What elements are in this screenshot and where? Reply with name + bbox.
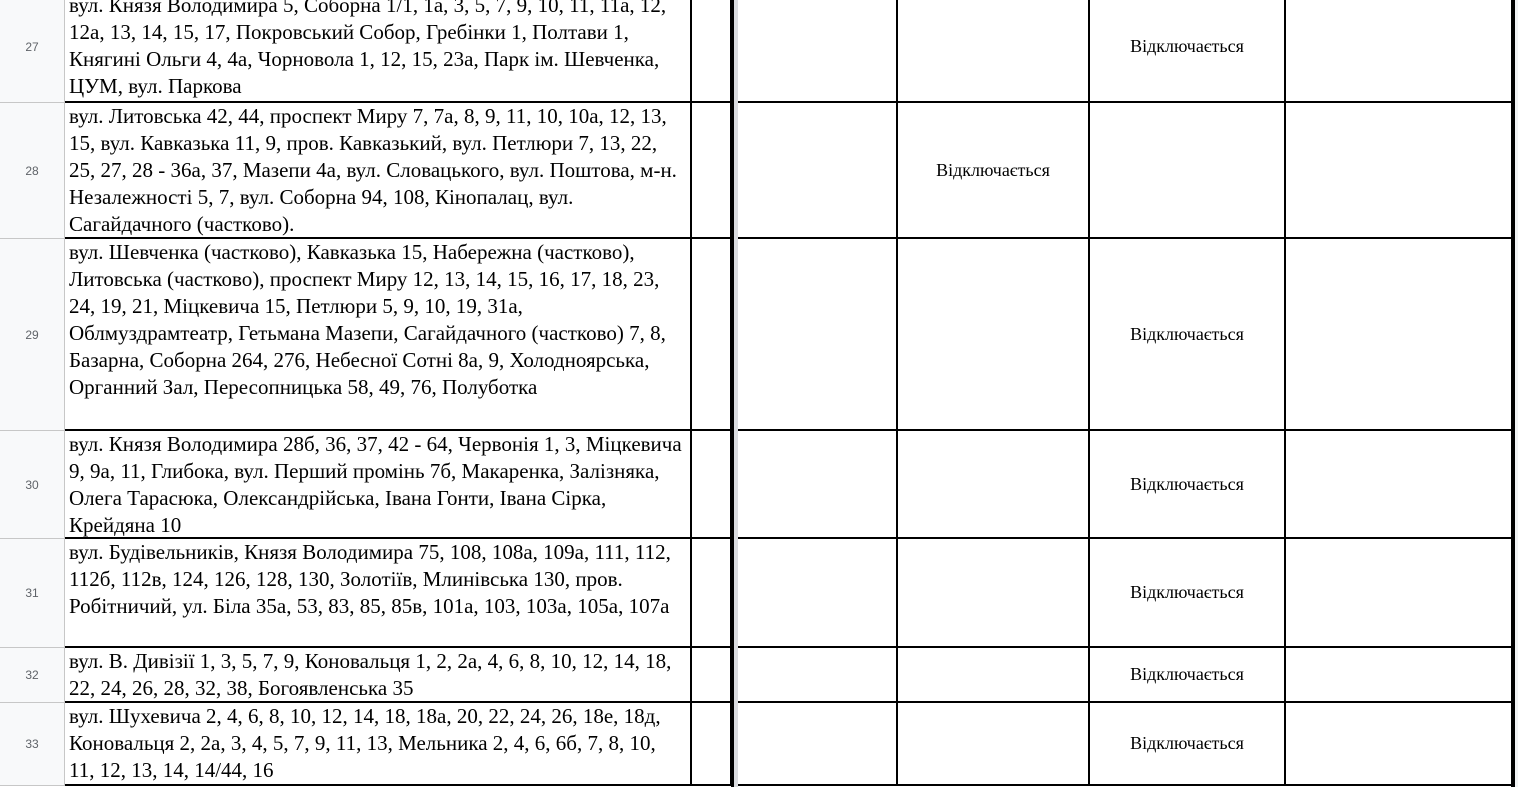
cell-b[interactable] [692,103,732,239]
row-header[interactable]: 27 [0,0,65,103]
table-row: 27 вул. Князя Володимира 5, Соборна 1/1,… [0,0,1518,103]
cell-f[interactable] [1286,103,1513,239]
table-row: 29 вул. Шевченка (частково), Кавказька 1… [0,239,1518,431]
cell-e[interactable]: Відключається [1090,0,1286,103]
address-cell[interactable]: вул. Литовська 42, 44, проспект Миру 7, … [65,103,692,239]
cell-d[interactable] [898,703,1090,786]
cell-d[interactable] [898,0,1090,103]
cell-f[interactable] [1286,239,1513,431]
cell-d[interactable] [898,431,1090,539]
cell-c[interactable] [738,703,898,786]
row-header[interactable]: 30 [0,431,65,539]
table-row: 33 вул. Шухевича 2, 4, 6, 8, 10, 12, 14,… [0,703,1518,786]
row-header[interactable]: 31 [0,539,65,648]
address-cell[interactable]: вул. Князя Володимира 5, Соборна 1/1, 1а… [65,0,692,103]
cell-f[interactable] [1286,0,1513,103]
cell-b[interactable] [692,431,732,539]
cell-d[interactable]: Відключається [898,103,1090,239]
cell-c[interactable] [738,648,898,703]
table-row: 32 вул. В. Дивізії 1, 3, 5, 7, 9, Конова… [0,648,1518,703]
cell-c[interactable] [738,0,898,103]
cell-d[interactable] [898,539,1090,648]
frozen-column-divider-shadow [734,0,738,787]
row-header[interactable]: 32 [0,648,65,703]
table-row: 28 вул. Литовська 42, 44, проспект Миру … [0,103,1518,239]
cell-e[interactable]: Відключається [1090,539,1286,648]
cell-d[interactable] [898,648,1090,703]
row-header[interactable]: 28 [0,103,65,239]
cell-c[interactable] [738,239,898,431]
cell-f[interactable] [1286,539,1513,648]
cell-d[interactable] [898,239,1090,431]
row-header[interactable]: 33 [0,703,65,786]
cell-b[interactable] [692,239,732,431]
address-cell[interactable]: вул. Шухевича 2, 4, 6, 8, 10, 12, 14, 18… [65,703,692,786]
cell-f[interactable] [1286,648,1513,703]
cell-e[interactable] [1090,103,1286,239]
cell-c[interactable] [738,431,898,539]
cell-f[interactable] [1286,431,1513,539]
address-cell[interactable]: вул. Князя Володимира 28б, 36, 37, 42 - … [65,431,692,539]
cell-e[interactable]: Відключається [1090,431,1286,539]
address-cell[interactable]: вул. Шевченка (частково), Кавказька 15, … [65,239,692,431]
cell-c[interactable] [738,539,898,648]
cell-b[interactable] [692,703,732,786]
cell-c[interactable] [738,103,898,239]
cell-e[interactable]: Відключається [1090,703,1286,786]
table-row: 31 вул. Будівельників, Князя Володимира … [0,539,1518,648]
cell-b[interactable] [692,648,732,703]
address-cell[interactable]: вул. В. Дивізії 1, 3, 5, 7, 9, Коновальц… [65,648,692,703]
cell-b[interactable] [692,0,732,103]
row-header[interactable]: 29 [0,239,65,431]
spreadsheet-grid: 27 вул. Князя Володимира 5, Соборна 1/1,… [0,0,1518,787]
cell-e[interactable]: Відключається [1090,648,1286,703]
table-row: 30 вул. Князя Володимира 28б, 36, 37, 42… [0,431,1518,539]
cell-e[interactable]: Відключається [1090,239,1286,431]
address-cell[interactable]: вул. Будівельників, Князя Володимира 75,… [65,539,692,648]
cell-f[interactable] [1286,703,1513,786]
cell-b[interactable] [692,539,732,648]
